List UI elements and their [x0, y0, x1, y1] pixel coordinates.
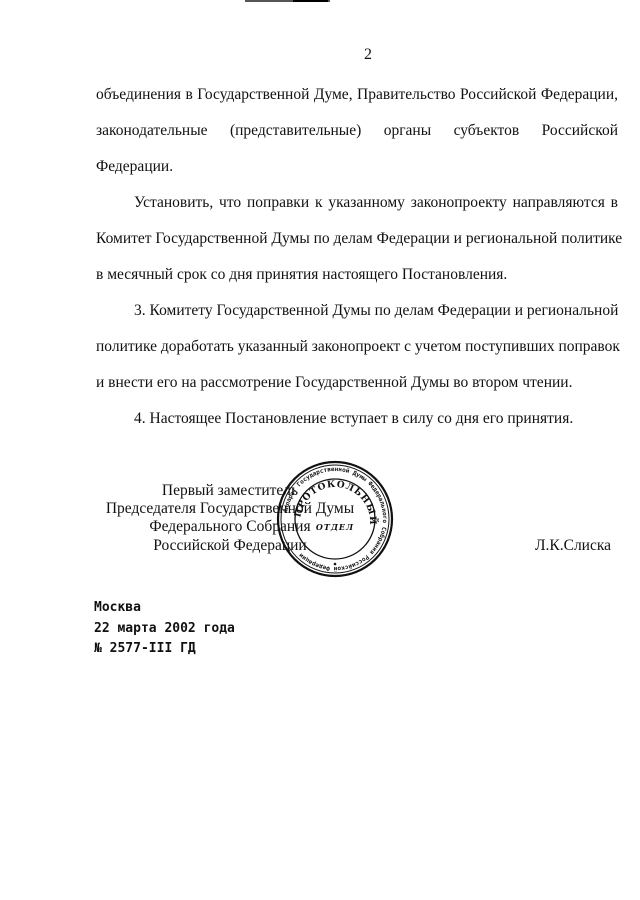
paragraph-1-line-1: объединения в Государственной Думе, Прав…: [96, 86, 618, 104]
date: 22 марта 2002 года: [94, 621, 235, 636]
svg-text:ПРОТОКОЛЬНЫЙ: ПРОТОКОЛЬНЫЙ: [293, 480, 380, 526]
top-scan-mark: [245, 0, 330, 2]
city: Москва: [94, 600, 141, 615]
page-number: 2: [0, 46, 640, 64]
official-stamp-icon: Аппарат Государственной Думы Федеральног…: [276, 460, 394, 578]
paragraph-4: 4. Настоящее Постановление вступает в си…: [134, 410, 618, 428]
paragraph-3-line-2: политике доработать указанный законопрое…: [96, 338, 618, 356]
paragraph-3-line-1: 3. Комитету Государственной Думы по дела…: [134, 302, 618, 320]
paragraph-2-line-2: Комитет Государственной Думы по делам Фе…: [96, 230, 618, 248]
paragraph-2-line-1: Установить, что поправки к указанному за…: [134, 194, 618, 212]
paragraph-3-line-3: и внести его на рассмотрение Государстве…: [96, 374, 618, 392]
paragraph-1-line-3: Федерации.: [96, 158, 618, 176]
signatory-name: Л.К.Слиска: [535, 537, 611, 555]
document-number: № 2577-III ГД: [94, 641, 196, 656]
svg-text:ОТДЕЛ: ОТДЕЛ: [316, 522, 354, 532]
paragraph-1-line-2: законодательные (представительные) орган…: [96, 122, 618, 140]
paragraph-2-line-3: в месячный срок со дня принятия настояще…: [96, 266, 618, 284]
